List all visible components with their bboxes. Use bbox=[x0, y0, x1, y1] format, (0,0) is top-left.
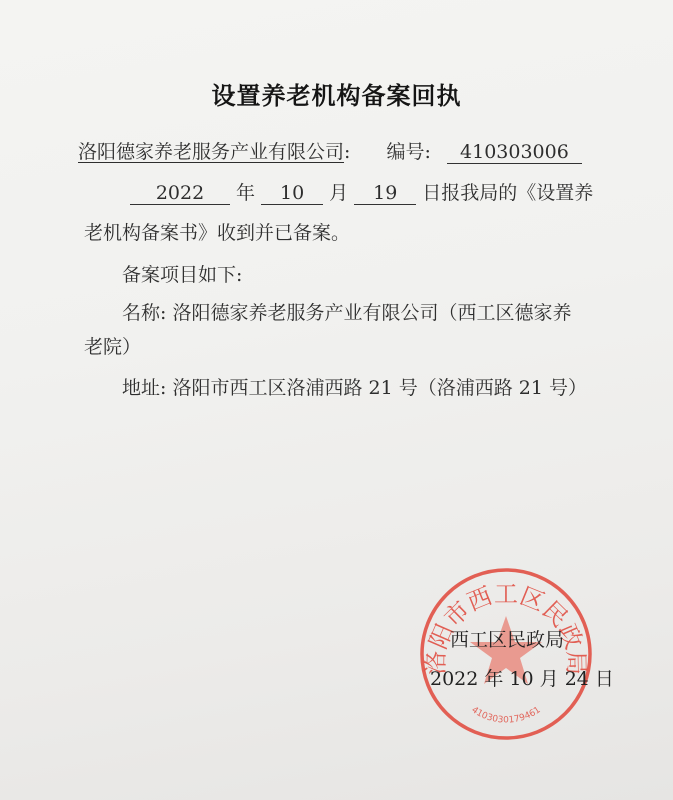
document-title: 设置养老机构备案回执 bbox=[0, 76, 673, 111]
number-label: 编号: bbox=[386, 141, 430, 163]
date-day: 19 bbox=[354, 182, 416, 205]
address-label: 地址: bbox=[122, 377, 166, 399]
body-line-2: 老机构备案书》收到并已备案。 bbox=[84, 218, 350, 245]
svg-text:4103030179461: 4103030179461 bbox=[469, 705, 542, 725]
name-label: 名称: bbox=[122, 302, 166, 324]
date-year: 2022 bbox=[130, 182, 230, 205]
address-value: 洛阳市西工区洛浦西路 21 号（洛浦西路 21 号） bbox=[172, 377, 587, 399]
date-month: 10 bbox=[261, 182, 323, 205]
name-line-1: 名称: 洛阳德家养老服务产业有限公司（西工区德家养 bbox=[122, 298, 571, 325]
issue-date: 2022 年 10 月 24 日 bbox=[430, 664, 614, 691]
recipient-line: 洛阳德家养老服务产业有限公司: 编号: 410303006 bbox=[78, 137, 582, 164]
recipient-name: 洛阳德家养老服务产业有限公司 bbox=[78, 141, 344, 163]
name-line-2: 老院） bbox=[84, 332, 141, 359]
official-seal: 洛阳市西工区民政局 4103030179461 bbox=[418, 566, 594, 742]
items-heading: 备案项目如下: bbox=[122, 260, 242, 287]
body-line-1: 2022 年 10 月 19 日报我局的《设置养 bbox=[130, 178, 593, 205]
issuer-name: 西工区民政局 bbox=[450, 625, 564, 652]
name-value: 洛阳德家养老服务产业有限公司（西工区德家养 bbox=[172, 302, 571, 324]
address-line: 地址: 洛阳市西工区洛浦西路 21 号（洛浦西路 21 号） bbox=[122, 373, 587, 400]
number-value: 410303006 bbox=[447, 141, 582, 164]
